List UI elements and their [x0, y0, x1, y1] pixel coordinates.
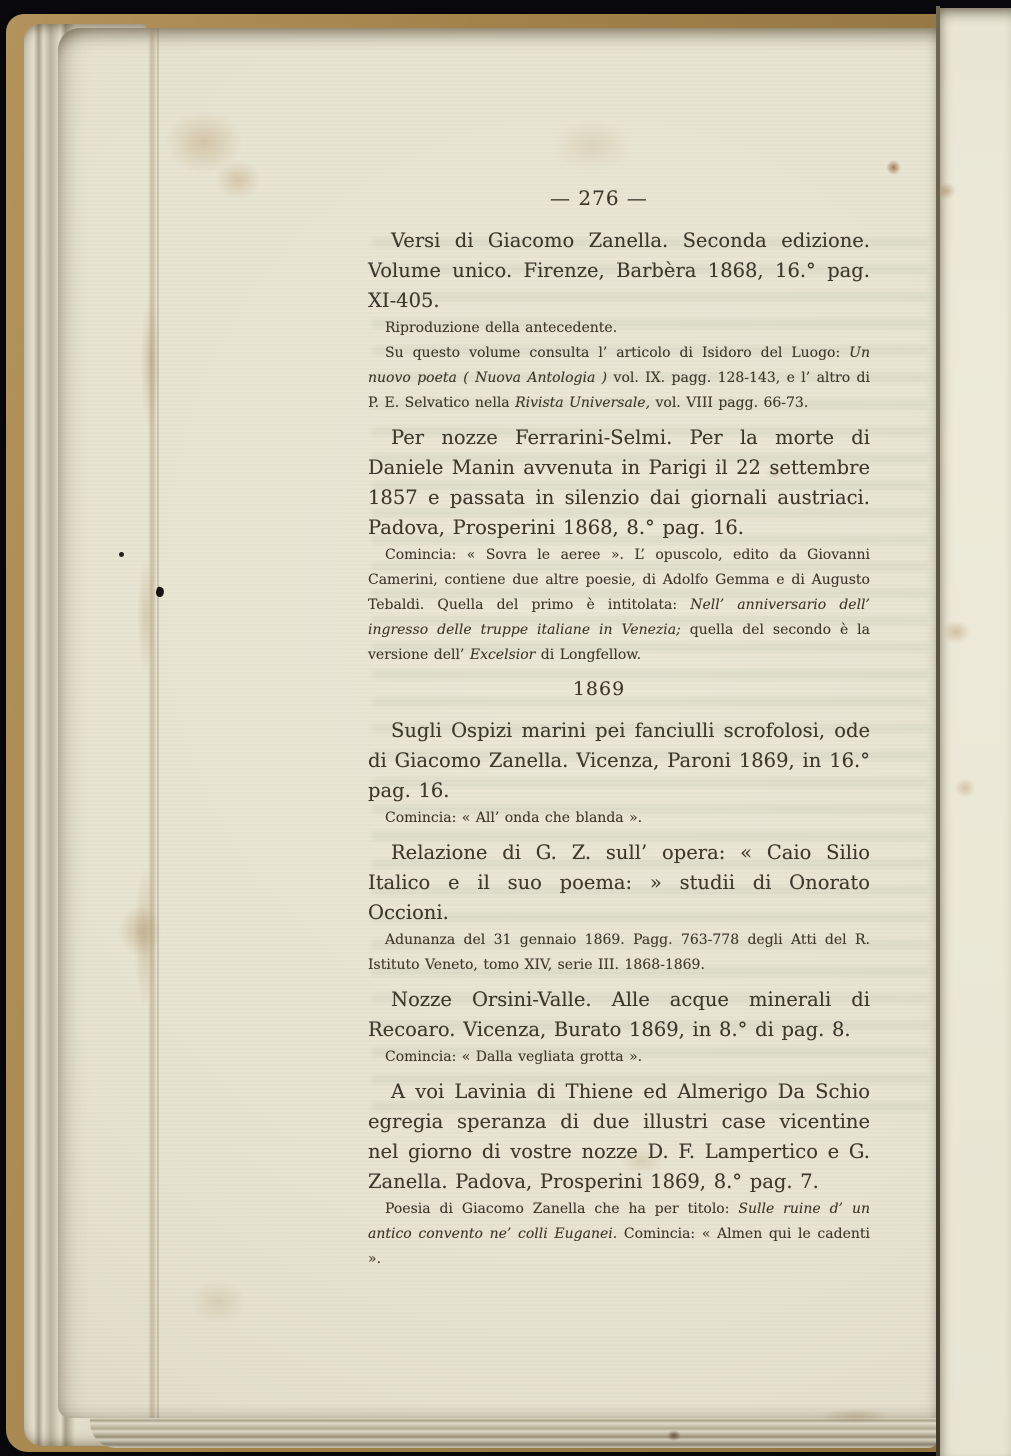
- entry-note: Su questo volume consulta l’ articolo di…: [368, 341, 870, 416]
- page-text: — 276 — Versi di Giacomo Zanella. Second…: [368, 186, 870, 1272]
- page-crease: [148, 28, 157, 1418]
- note-text: di Longfellow.: [535, 647, 641, 663]
- entry-note: Comincia: « All’ onda che blanda ».: [368, 806, 870, 831]
- note-text: Comincia: « All’ onda che blanda ».: [385, 810, 642, 826]
- note-text: vol. VIII pagg. 66-73.: [650, 395, 808, 411]
- entry-note: Riproduzione della antecedente.: [368, 316, 870, 341]
- entry-note: Adunanza del 31 gennaio 1869. Pagg. 763-…: [368, 928, 870, 978]
- note-text: Adunanza del 31 gennaio 1869. Pagg. 763-…: [368, 932, 870, 973]
- entry-note: Comincia: « Dalla vegliata grotta ».: [368, 1045, 870, 1070]
- note-text: Poesia di Giacomo Zanella che ha per tit…: [385, 1201, 738, 1217]
- scanned-book-photo: — 276 — Versi di Giacomo Zanella. Second…: [0, 0, 1011, 1456]
- entry-body: Per nozze Ferrarini-Selmi. Per la morte …: [368, 423, 870, 543]
- note-italic: Excelsior: [470, 647, 536, 663]
- entry-note: Comincia: « Sovra le aeree ». L’ opuscol…: [368, 543, 870, 668]
- note-text: Riproduzione della antecedente.: [385, 320, 617, 336]
- year-heading: 1869: [368, 678, 830, 700]
- note-text: Su questo volume consulta l’ articolo di…: [385, 345, 849, 361]
- entry-note: Poesia di Giacomo Zanella che ha per tit…: [368, 1197, 870, 1272]
- note-text: Comincia: « Dalla vegliata grotta ».: [385, 1049, 642, 1065]
- entry-body: Nozze Orsini-Valle. Alle acque minerali …: [368, 985, 870, 1045]
- entry-body: Versi di Giacomo Zanella. Seconda edizio…: [368, 226, 870, 316]
- entry-body: Sugli Ospizi marini pei fanciulli scrofo…: [368, 716, 870, 806]
- page-number: — 276 —: [368, 186, 830, 210]
- entry-body: A voi Lavinia di Thiene ed Almerigo Da S…: [368, 1077, 870, 1197]
- note-italic: Rivista Universale,: [515, 395, 650, 411]
- page-crease-line: [157, 28, 159, 1418]
- adjacent-page-edge: [940, 8, 1011, 1456]
- entry-body: Relazione di G. Z. sull’ opera: « Caio S…: [368, 838, 870, 928]
